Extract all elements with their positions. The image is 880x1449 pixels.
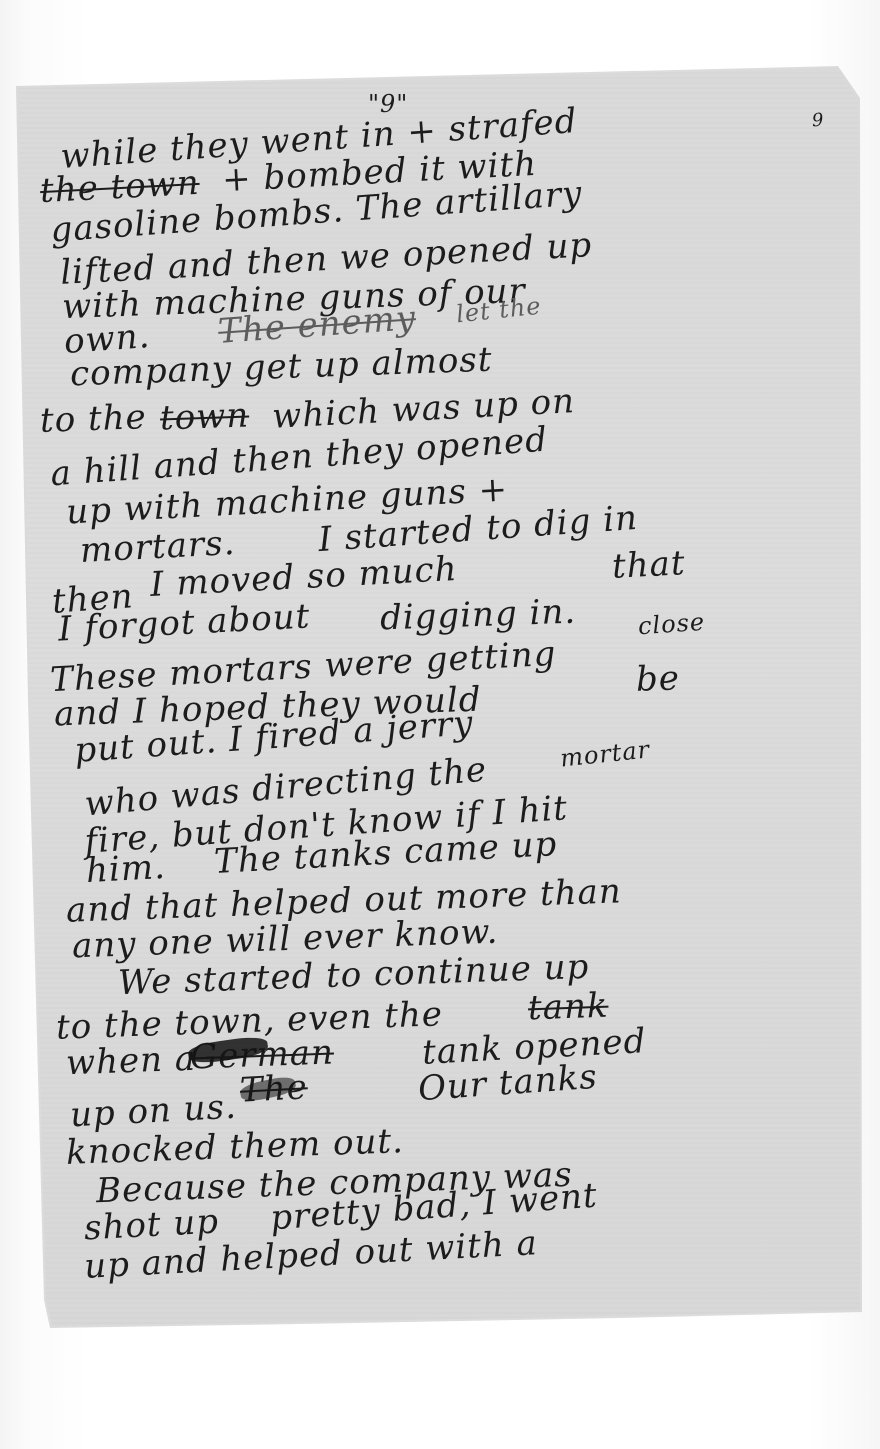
line-13b: digging in. xyxy=(379,595,576,636)
line-19a: him. xyxy=(85,850,166,888)
line-15b: be xyxy=(635,661,680,697)
line-23-struck: tank xyxy=(527,989,609,1026)
line-12c: that xyxy=(611,546,686,584)
line-29a: shot up xyxy=(83,1204,220,1245)
line-24a: when a xyxy=(65,1042,196,1081)
line-8a: to the xyxy=(39,400,147,438)
page-number-margin: 9 xyxy=(811,112,825,131)
line-26: up on us. xyxy=(69,1090,237,1133)
line-8-struck: town xyxy=(159,398,249,435)
line-14-insert: close xyxy=(637,610,706,639)
